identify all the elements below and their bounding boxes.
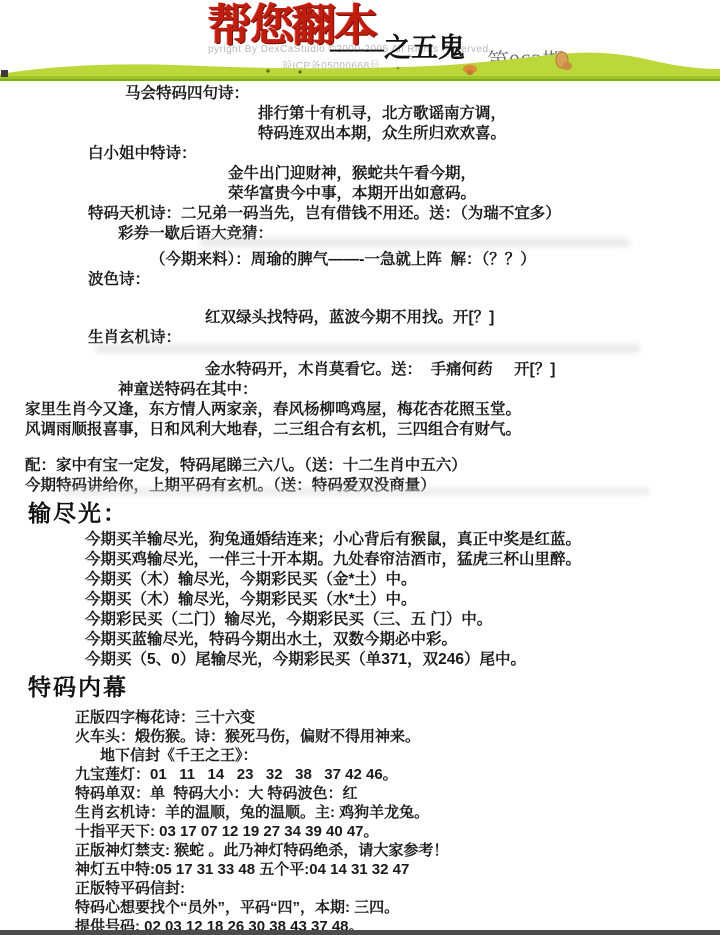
text-line: 正版神灯禁支: 猴蛇 。此乃神灯特码绝杀，请大家参考！	[75, 841, 720, 860]
text-line: 今期买（木）输尽光，今期彩民买（金*土）中。	[85, 570, 720, 590]
header: pyright By DexCaStudio ©2000-2005 All Ri…	[0, 0, 720, 86]
text-line: 今期买羊输尽光，狗兔通婚结连来；小心背后有猴鼠，真正中奖是红蓝。	[85, 530, 720, 550]
corner-marker	[1, 70, 8, 77]
text-line: 今期买蓝输尽光，特码今期出水土，双数今期必中彩。	[85, 630, 720, 650]
text-line: 白小姐中特诗：	[88, 144, 720, 164]
text-line: 神童送特码在其中：	[118, 380, 720, 400]
smudge-artifact	[95, 344, 640, 353]
text-line: 特码心想要找个“员外”，平码“四”，本期: 三四。	[75, 898, 720, 917]
text-line: 马会特码四句诗：	[125, 84, 720, 104]
hill-edge-line	[0, 79, 720, 81]
text-line: 特码内幕	[28, 674, 720, 702]
speck-icon	[266, 69, 269, 72]
text-line: （今期来料）：周瑜的脾气——-一急就上阵 解：（？？）	[150, 250, 720, 270]
hill-shape	[0, 53, 720, 79]
text-line: 金牛出门迎财神，猴蛇共午看今期，	[228, 164, 720, 184]
text-line: 十指平天下: 03 17 07 12 19 27 34 39 40 47。	[75, 822, 720, 841]
text-line: 特码单双：单 特码大小：大 特码波色：红	[75, 784, 720, 803]
text-line: 火车头：煅伤猴。诗：猴死马伤，偏财不得用神来。	[75, 727, 720, 746]
text-line: 地下信封《千王之王》：	[100, 746, 720, 765]
smudge-artifact	[200, 238, 630, 247]
content-lines: 马会特码四句诗：排行第十有机寻，北方歌谣南方调，特码连双出本期，众生所归欢欢喜。…	[0, 84, 720, 935]
bottom-edge-bar	[0, 930, 720, 935]
text-line: 风调雨顺报喜事，日和风利大地春，二三组合有玄机，三四组合有财气。	[25, 420, 720, 440]
text-line: 配：家中有宝一定发，特码尾睇三六八。（送：十二生肖中五六）	[25, 456, 720, 476]
text-line: 今期彩民买（二门）输尽光，今期彩民买（三、五 门）中。	[85, 610, 720, 630]
text-line: 生肖玄机诗：羊的温顺，兔的温顺。主: 鸡狗羊龙兔。	[75, 803, 720, 822]
text-line: 神灯五中特:05 17 31 33 48 五个平:04 14 31 32 47	[75, 860, 720, 879]
text-line: 红双绿头找特码，蓝波今期不用找。开[？]	[205, 308, 720, 328]
grass-hill-graphic	[0, 50, 720, 86]
text-line: 特码连双出本期，众生所归欢欢喜。	[258, 124, 720, 144]
page: pyright By DexCaStudio ©2000-2005 All Ri…	[0, 0, 720, 935]
text-line: 排行第十有机寻，北方歌谣南方调，	[258, 104, 720, 124]
text-line: 正版特平码信封:	[75, 879, 720, 898]
speck-icon	[298, 70, 301, 73]
text-line: 正版四字梅花诗：三十六变	[75, 708, 720, 727]
speck-icon	[397, 67, 400, 70]
text-line: 家里生肖今又逢，东方情人两家亲，春风杨柳鸣鸡屋，梅花杏花照玉堂。	[25, 400, 720, 420]
text-line: 今期买鸡输尽光，一伴三十开本期。九处春帘洁酒市，猛虎三杯山里醉。	[85, 550, 720, 570]
text-line: 输尽光：	[28, 500, 720, 528]
text-line: 特码天机诗：二兄弟一码当先，岂有借钱不用还。送：（为瑞不宜多）	[88, 204, 720, 224]
text-line: 九宝莲灯：01 11 14 23 32 38 37 42 46。	[75, 765, 720, 784]
text-line: 金水特码开，木肖莫看它。送： 手痛何药 开[？]	[205, 360, 720, 380]
text-line: 今期买（5、0）尾输尽光，今期彩民买（单371，双246）尾中。	[85, 650, 720, 670]
smudge-artifact	[60, 488, 650, 495]
text-line: 波色诗：	[88, 270, 720, 290]
text-line: 荣华富贵今中事，本期开出如意码。	[228, 184, 720, 204]
text-line: 今期买（木）输尽光，今期彩民买（水*土）中。	[85, 590, 720, 610]
